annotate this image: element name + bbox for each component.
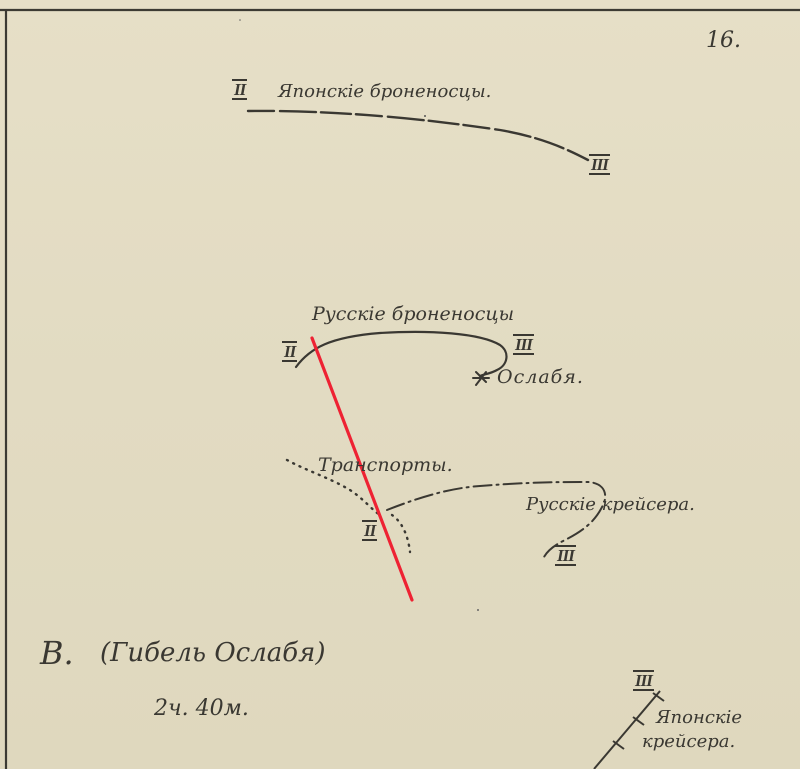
transports-label: Транспорты. bbox=[318, 456, 453, 475]
diagram-letter: В. bbox=[40, 637, 74, 669]
diagram-time: 2ч. 40м. bbox=[154, 698, 249, 720]
diagram-caption: (Гибель Ослабя) bbox=[100, 640, 326, 666]
japanese-cruisers-track bbox=[594, 691, 660, 769]
map-sheet: 16. II Японскiе броненосцы. III Русскiе … bbox=[0, 0, 800, 769]
japanese-battleships-start-marker: II bbox=[232, 79, 247, 100]
russian-cruisers-label: Русскiе крейсера. bbox=[526, 496, 695, 514]
russian-battleships-track bbox=[296, 332, 506, 376]
russian-battleships-label: Русскiе броненосцы bbox=[312, 305, 514, 324]
japanese-battleships-end-marker: III bbox=[589, 154, 610, 175]
japanese-battleships-label: Японскiе броненосцы. bbox=[278, 83, 491, 101]
russian-battleships-start-marker: II bbox=[282, 341, 297, 362]
japanese-cruisers-marker: III bbox=[633, 670, 654, 691]
russian-battleships-end-marker: III bbox=[513, 334, 534, 355]
japanese-cruisers-label-line2: крейсера. bbox=[642, 733, 735, 751]
russian-cruisers-start-marker: II bbox=[362, 520, 377, 541]
transports-track-curve bbox=[392, 515, 410, 552]
japanese-battleships-track bbox=[248, 111, 588, 160]
page-number: 16. bbox=[706, 30, 741, 52]
oslyabya-label: Ослабя. bbox=[497, 368, 584, 387]
japanese-cruisers-label-line1: Японскiе bbox=[656, 709, 742, 727]
russian-cruisers-end-marker: III bbox=[555, 545, 576, 566]
